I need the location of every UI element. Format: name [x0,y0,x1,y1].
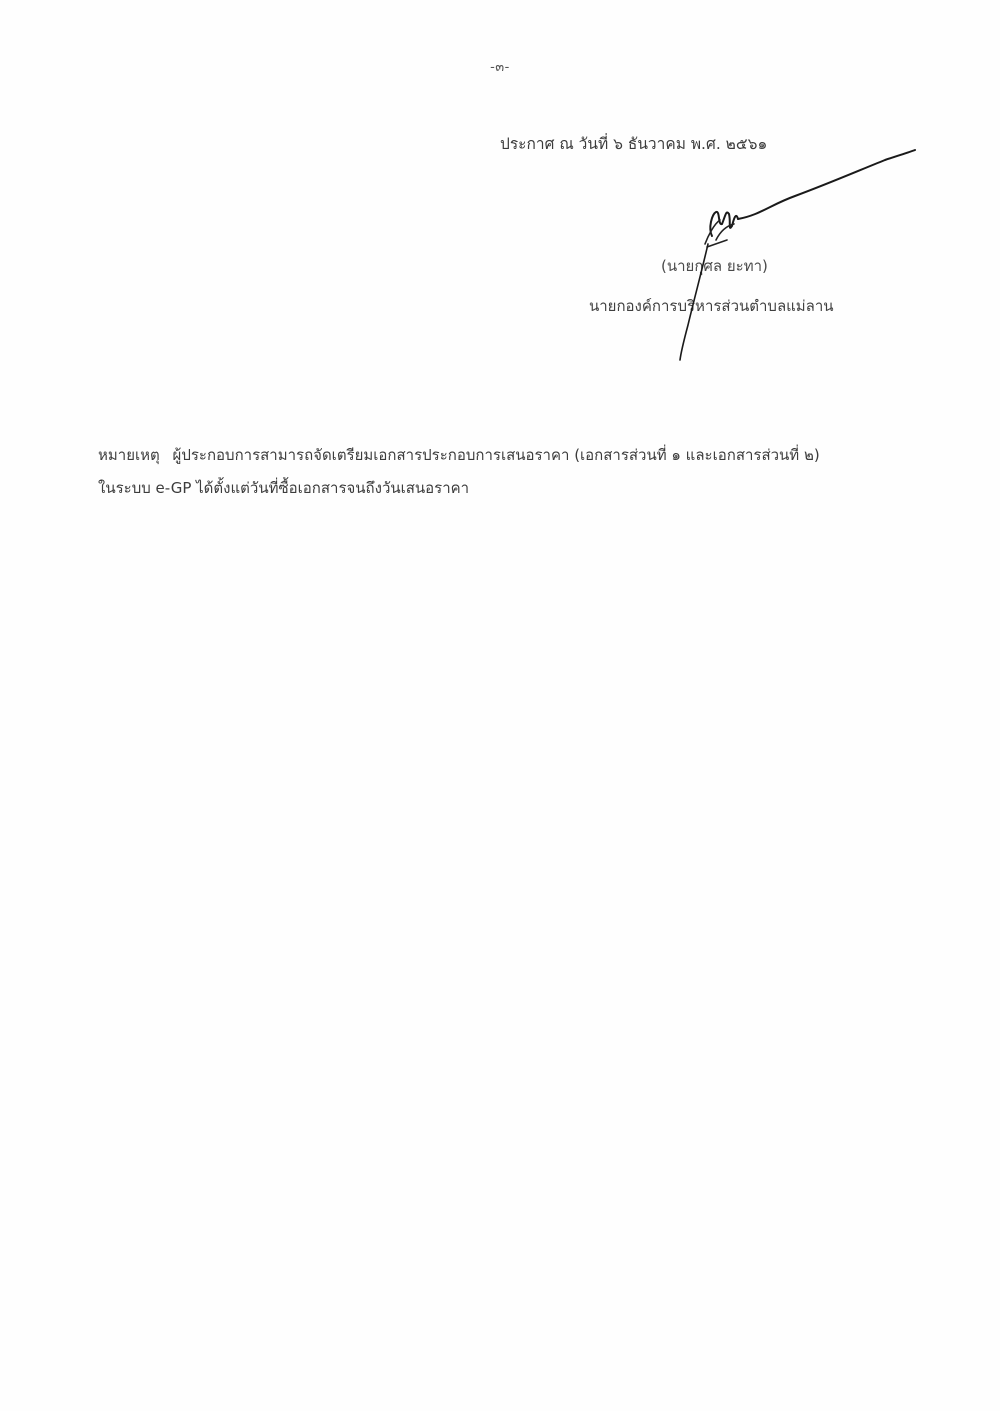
signer-title: นายกองค์การบริหารส่วนตำบลแม่ลาน [589,294,834,318]
signer-name: (นายกุศล ยะทา) [661,254,768,278]
note-text-1: ผู้ประกอบการสามารถจัดเตรียมเอกสารประกอบก… [173,446,820,464]
note-section: หมายเหตุ ผู้ประกอบการสามารถจัดเตรียมเอกส… [98,439,918,505]
note-line-2: ในระบบ e-GP ได้ตั้งแต่วันที่ซื้อเอกสารจน… [98,472,918,505]
announcement-date: ประกาศ ณ วันที่ ๖ ธันวาคม พ.ศ. ๒๕๖๑ [500,131,767,156]
note-label: หมายเหตุ [98,446,160,464]
page-number: -๓- [0,56,1000,77]
note-line-1: หมายเหตุ ผู้ประกอบการสามารถจัดเตรียมเอกส… [98,439,918,472]
document-page: -๓- ประกาศ ณ วันที่ ๖ ธันวาคม พ.ศ. ๒๕๖๑ … [0,0,1000,1411]
